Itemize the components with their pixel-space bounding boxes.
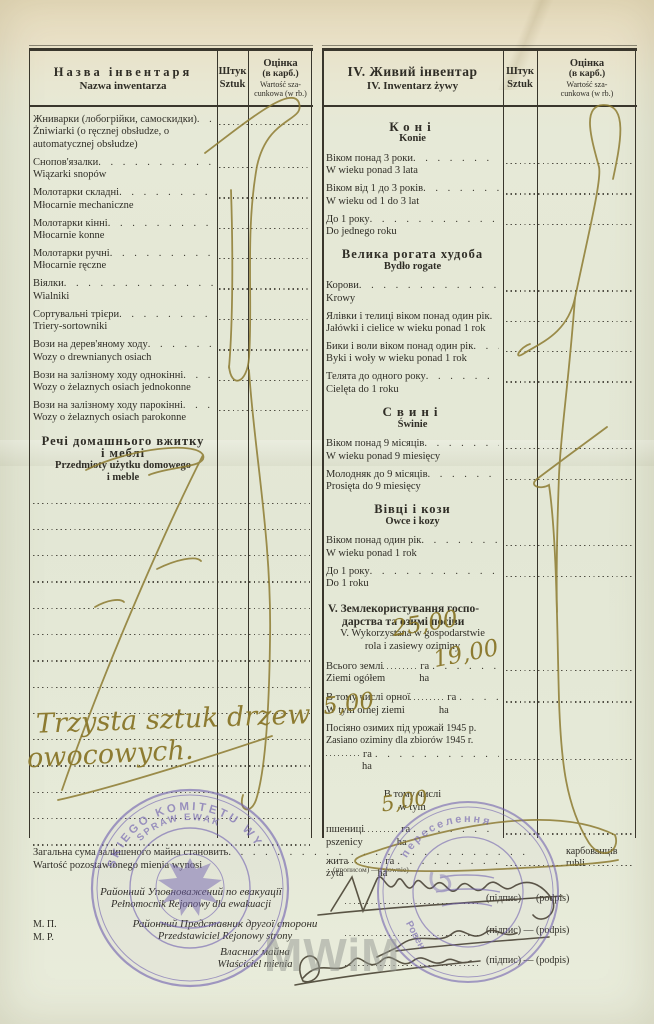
col-name-uk: Назва інвентаря [29,65,217,80]
row-item: До 1 рокуDo 1 roku [322,565,637,593]
row-item: Жниварки (лобогрійки, самоскидки)Żniwiar… [29,113,313,153]
col-qty-pl: Sztuk [217,78,248,91]
col-value-uk1: Оцінка [537,58,637,69]
row-blank [29,753,313,779]
signatory-label-other-party: Районний Представник другої сторони Prze… [70,918,380,943]
row-blank [29,648,313,674]
row-item: Віком від 1 до 3 роківW wieku od 1 do 3 … [322,182,637,210]
col-value-pl2: cunkowa (w rb.) [248,89,313,98]
row-item: КоровиKrowy [322,279,637,307]
row-subheader: В тому числіw tym [322,788,637,816]
column-rule [217,51,218,838]
table-body-left: Жниварки (лобогрійки, самоскидки)Żniwiar… [29,107,313,859]
row-item: Снопов'язалкиWiązarki snopów [29,156,313,184]
inventory-table-left: Назва інвентаря Nazwa inwentarza Штук Sz… [29,48,313,838]
table-border [635,51,636,838]
row-item: Віком понад 9 місяцівW wieku ponad 9 mie… [322,437,637,465]
table-border [29,51,30,838]
row-field: Всього землігаZiemi ogółemha [322,659,637,688]
row-item: Вози на залізному ходу однокінніWozy o ż… [29,369,313,397]
table-border [311,51,312,838]
row-item: ВіялкиWialniki [29,277,313,305]
row-item: Молотарки кінніMłocarnie konne [29,217,313,245]
currency-label: карбованців rubli [566,846,617,869]
col-name-uk: IV. Живий інвентар [322,64,503,80]
dotted-line [345,894,480,904]
dotted-leader [228,846,527,859]
row-blank [29,780,313,806]
table-border [322,51,324,838]
stamp-place-label: М. П. M. P. [33,918,57,944]
row-item: Телята до одного рокуCielęta do 1 roku [322,370,637,398]
row-blank [29,491,313,517]
row-item: Молотарки ручніMłocarnie ręczne [29,247,313,275]
col-value-pl1: Wartość sza- [248,80,313,89]
total-value-line: Загальна сума залишеного майна становить… [33,846,633,872]
signature-line-3: (підпис) — (podpis) [345,955,641,966]
row-item: Сортувальні трієриTriery-sortowniki [29,308,313,336]
row-section: Велика рогата худобаBydło rogate [322,247,637,275]
row-field: В тому числі орноїгаW tym ornej ziemiha [322,690,637,719]
scanned-document: Назва інвентаря Nazwa inwentarza Штук Sz… [0,0,654,1024]
col-value-pl1: Wartość sza- [537,80,637,89]
col-value-uk2: (в карб.) [248,69,313,80]
dotted-line [345,956,480,966]
col-value-uk1: Оцінка [248,58,313,69]
col-qty-pl: Sztuk [503,78,537,91]
row-item: Вози на дерев'яному ходуWozy o drewniany… [29,338,313,366]
row-item: До 1 рокуDo jednego roku [322,213,637,241]
row-section: Вівці і козиOwce i kozy [322,502,637,530]
col-value-uk2: (в карб.) [537,69,637,80]
row-vsection: V. Землекористування госпо-дарства та оз… [322,602,637,655]
signature-line-2: (підпис) — (podpis) [345,925,641,936]
col-value-pl2: cunkowa (w rb.) [537,89,637,98]
row-blank [29,543,313,569]
column-rule [537,51,538,838]
row-item: Вози на залізному ходу парокінніWozy o ż… [29,399,313,427]
row-item: Віком понад один рікW wieku ponad 1 rok [322,534,637,562]
table-header-right: IV. Живий інвентар IV. Inwentarz żywy Шт… [322,51,637,107]
row-item: Молодняк до 9 місяцівProsięta do 9 miesi… [322,468,637,496]
row-item: Молотарки складніMłocarnie mechaniczne [29,186,313,214]
column-rule [503,51,504,838]
col-qty-uk: Штук [217,65,248,78]
col-name-pl: IV. Inwentarz żywy [322,80,503,92]
col-name-pl: Nazwa inwentarza [29,80,217,92]
row-blank [29,517,313,543]
row-blank [29,675,313,701]
in-words-caption: (прописом) — (słownie) [333,863,409,876]
col-qty-uk: Штук [503,65,537,78]
row-section: СвиніŚwinie [322,405,637,433]
table-body-right: КоніKonieВіком понад 3 рокиW wieku ponad… [322,107,637,882]
row-field2: Посіяно озимих під урожай 1945 р.Zasiano… [322,722,637,776]
row-item: Віком понад 3 рокиW wieku ponad 3 lata [322,152,637,180]
row-blank [29,727,313,753]
column-rule [248,51,249,838]
row-item: Бики і воли віком понад один рікByki i w… [322,340,637,368]
signatory-label-evacuation-officer: Районний Уповноважений по евакуації Pełn… [36,886,346,911]
row-item: Ялівки і телиці віком понад один рікJałó… [322,310,637,338]
row-blank [29,701,313,727]
live-inventory-table: IV. Живий інвентар IV. Inwentarz żywy Шт… [322,48,637,838]
row-blank [29,806,313,832]
row-blank [29,569,313,595]
row-section: Речі домашнього вжиткуі мебліPrzedmioty … [29,434,313,487]
signature-line-1: (підпис) — (podpis) [345,893,641,904]
row-blank [29,622,313,648]
total-label-uk: Загальна сума залишеного майна становить [33,846,228,859]
row-section: КоніKonie [322,120,637,148]
row-blank [29,596,313,622]
dotted-line [345,926,480,936]
table-header-left: Назва інвентаря Nazwa inwentarza Штук Sz… [29,51,313,107]
